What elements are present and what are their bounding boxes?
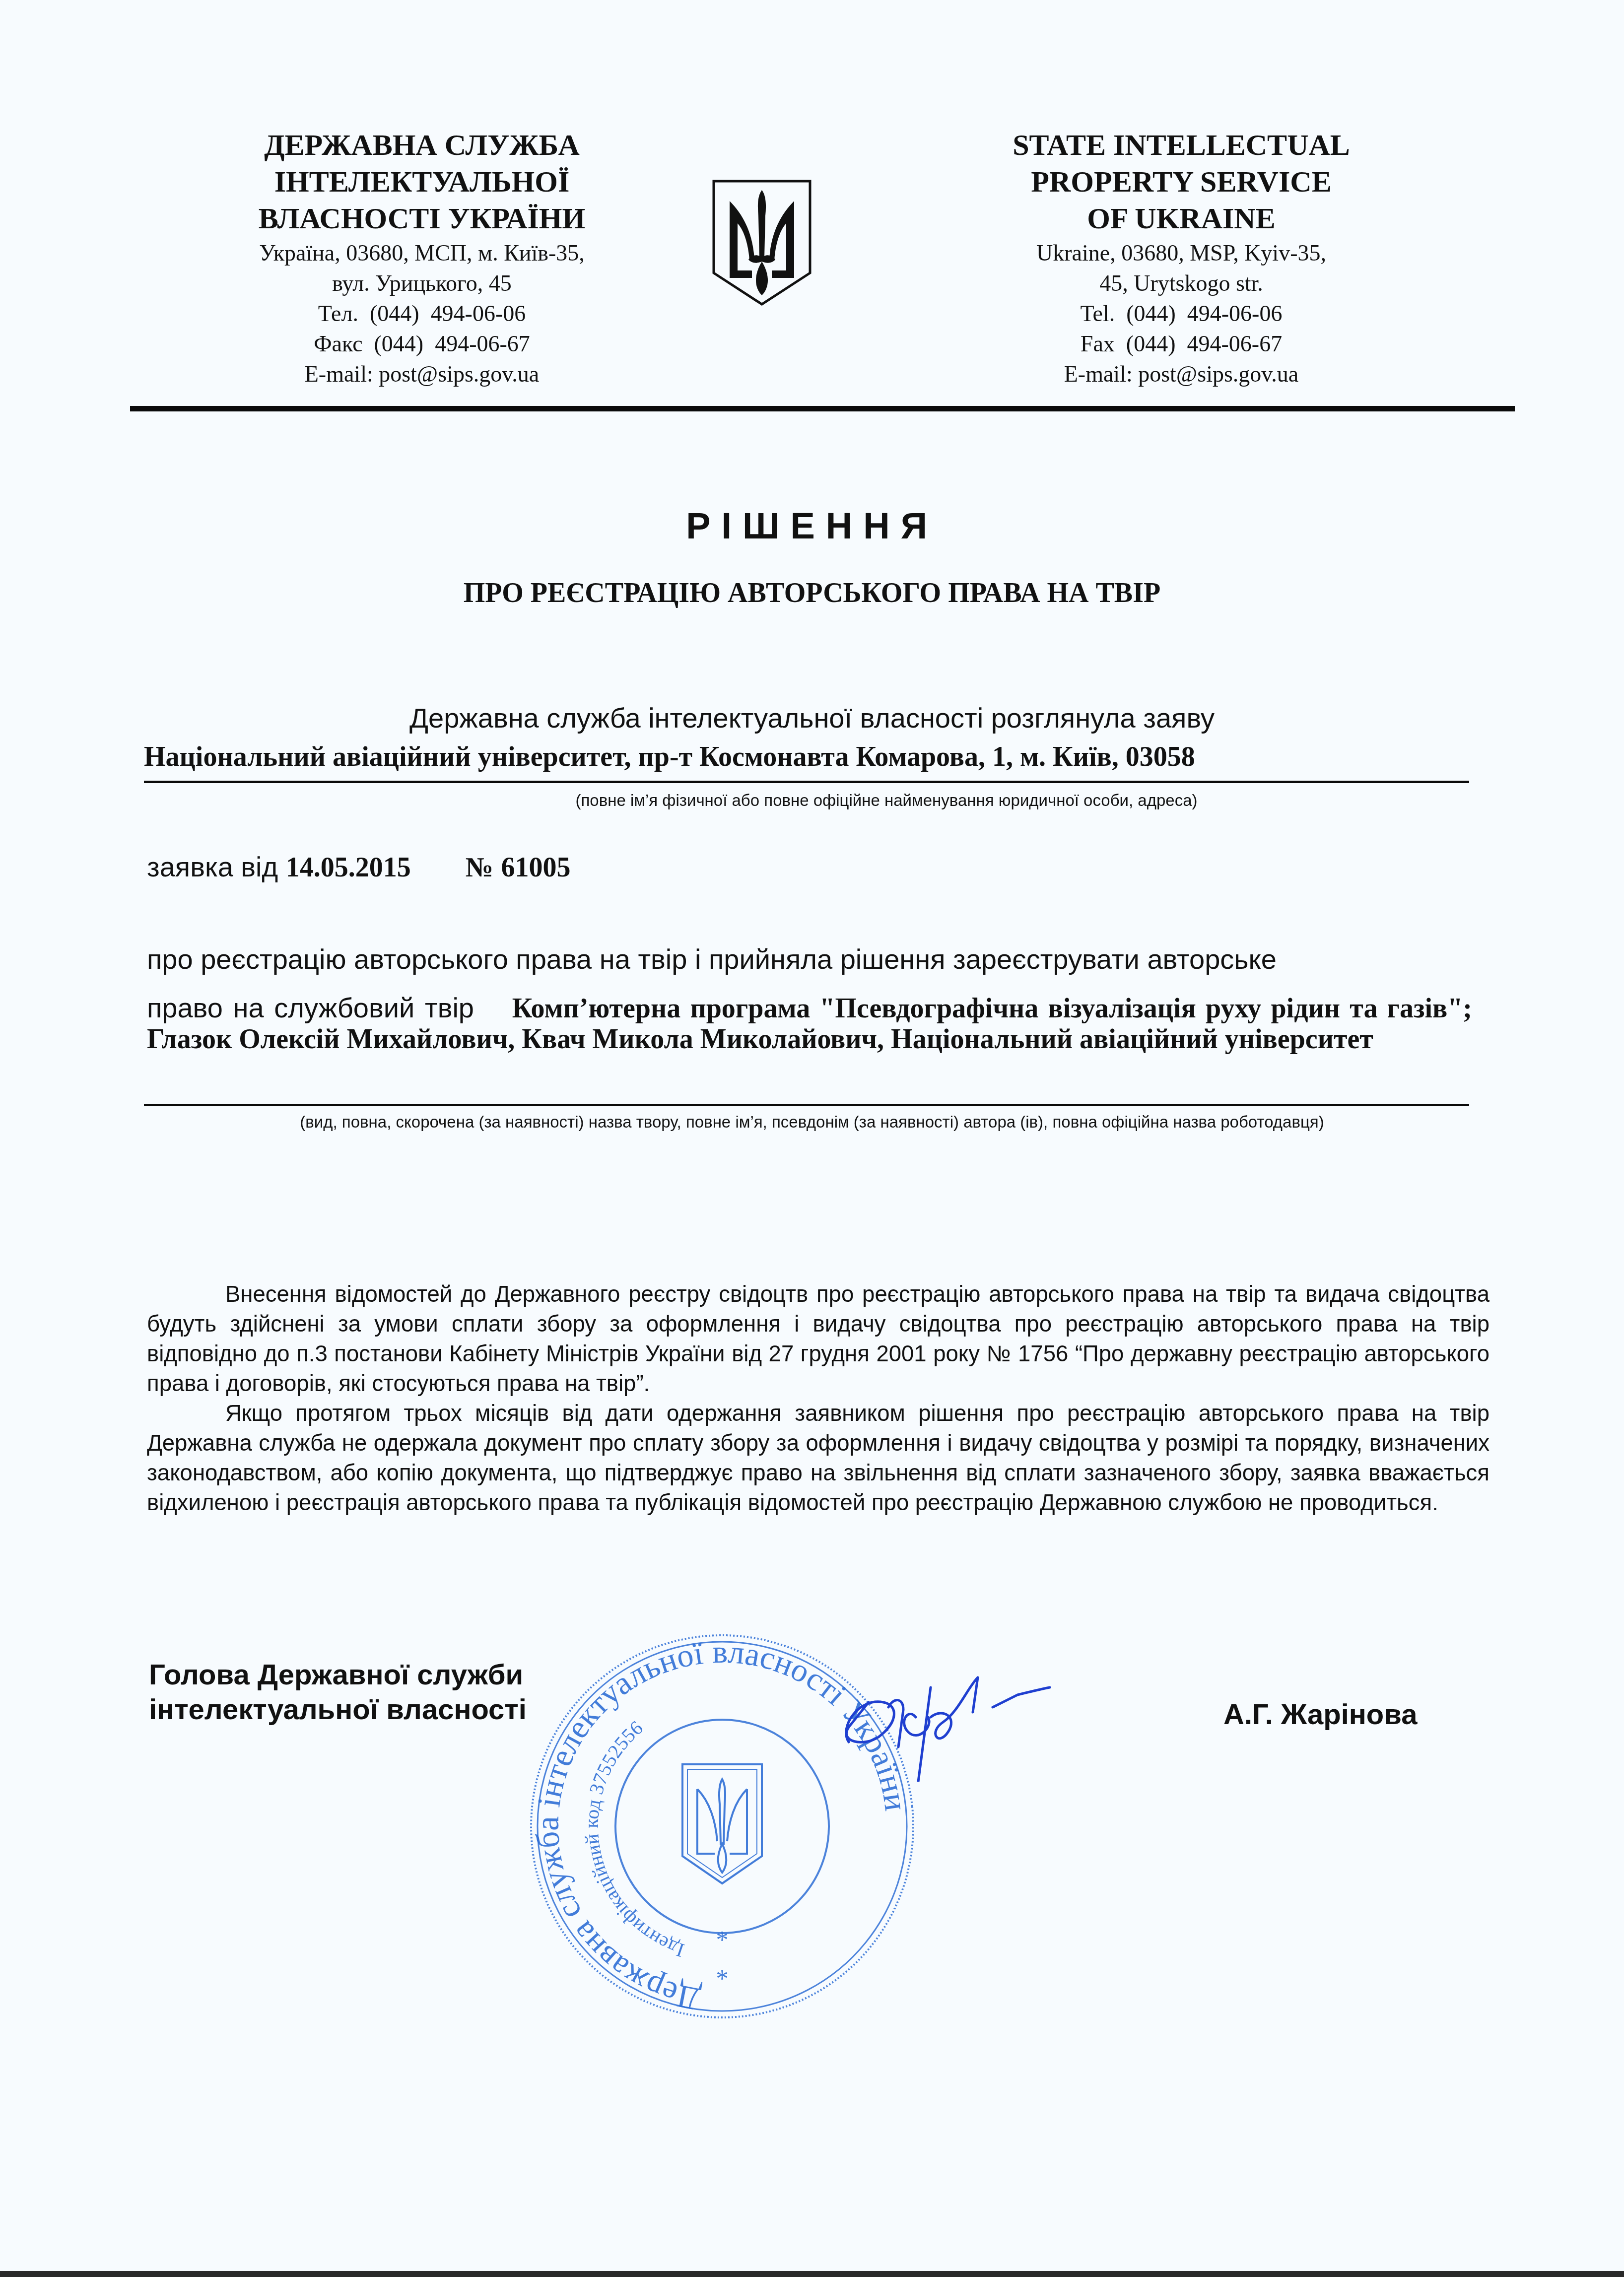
stamp-emblem-icon [682, 1764, 762, 1883]
address-ua-line2: вул. Урицького, 45 [199, 268, 645, 298]
trident-coat-of-arms-icon [705, 176, 819, 308]
application-date: 14.05.2015 [286, 852, 411, 883]
org-name-ua-line3: ВЛАСНОСТІ УКРАЇНИ [199, 200, 645, 237]
org-name-ua-line1: ДЕРЖАВНА СЛУЖБА [199, 127, 645, 163]
applicant-name: Національний авіаційний університет, пр-… [144, 739, 1195, 774]
signatory-position: Голова Державної служби інтелектуальної … [149, 1658, 527, 1727]
address-en-line2: 45, Urytskogo str. [933, 268, 1429, 298]
org-name-en-line3: OF UKRAINE [933, 200, 1429, 237]
work-lead: право на службовий твір [147, 992, 474, 1023]
svg-text:*: * [716, 1964, 729, 1992]
phone-ua: Тел. (044) 494-06-06 [199, 298, 645, 329]
letterhead-divider [130, 406, 1515, 411]
phone-en: Tel. (044) 494-06-06 [933, 298, 1429, 329]
application-prefix: заявка від [147, 851, 278, 882]
paragraph-rejection-condition: Якщо протягом трьох місяців від дати оде… [147, 1399, 1489, 1518]
fax-en: Fax (044) 494-06-67 [933, 329, 1429, 359]
address-ua-line1: Україна, 03680, МСП, м. Київ-35, [199, 238, 645, 268]
letterhead-ukrainian: ДЕРЖАВНА СЛУЖБА ІНТЕЛЕКТУАЛЬНОЇ ВЛАСНОСТ… [199, 127, 645, 389]
org-name-ua-line2: ІНТЕЛЕКТУАЛЬНОЇ [199, 163, 645, 200]
org-name-en-line2: PROPERTY SERVICE [933, 163, 1429, 200]
email-en: E-mail: post@sips.gov.ua [933, 359, 1429, 389]
signatory-name: А.Г. Жарінова [1223, 1697, 1417, 1732]
application-number-label: № [466, 852, 493, 883]
letterhead-english: STATE INTELLECTUAL PROPERTY SERVICE OF U… [933, 127, 1429, 389]
document-subtitle: ПРО РЕЄСТРАЦІЮ АВТОРСЬКОГО ПРАВА НА ТВІР [0, 576, 1624, 610]
handwritten-signature-icon [829, 1668, 1107, 1782]
paragraph-fee-condition: Внесення відомостей до Державного реєстр… [147, 1279, 1489, 1399]
applicant-caption: (повне ім’я фізичної або повне офіційне … [74, 790, 1624, 811]
work-description-block: право на службовий твір Комп’ютерна прог… [147, 993, 1472, 1055]
email-ua: E-mail: post@sips.gov.ua [199, 359, 645, 389]
signatory-position-line2: інтелектуальної власності [149, 1692, 527, 1727]
application-line: заявка від 14.05.2015№ 61005 [147, 850, 571, 885]
svg-text:*: * [716, 1926, 729, 1953]
signatory-position-line1: Голова Державної служби [149, 1658, 527, 1692]
fax-ua: Факс (044) 494-06-67 [199, 329, 645, 359]
decision-statement: про реєстрацію авторського права на твір… [147, 942, 1472, 977]
conditions-text: Внесення відомостей до Державного реєстр… [147, 1279, 1489, 1518]
org-name-en-line1: STATE INTELLECTUAL [933, 127, 1429, 163]
application-number: 61005 [501, 852, 571, 883]
document-title: РІШЕННЯ [0, 504, 1624, 548]
scan-bottom-edge [0, 2271, 1624, 2277]
work-underline [144, 1104, 1469, 1106]
reviewed-statement: Державна служба інтелектуальної власност… [0, 701, 1624, 736]
applicant-underline [144, 781, 1469, 783]
address-en-line1: Ukraine, 03680, MSP, Kyiv-35, [933, 238, 1429, 268]
work-caption: (вид, повна, скорочена (за наявності) на… [0, 1112, 1624, 1133]
